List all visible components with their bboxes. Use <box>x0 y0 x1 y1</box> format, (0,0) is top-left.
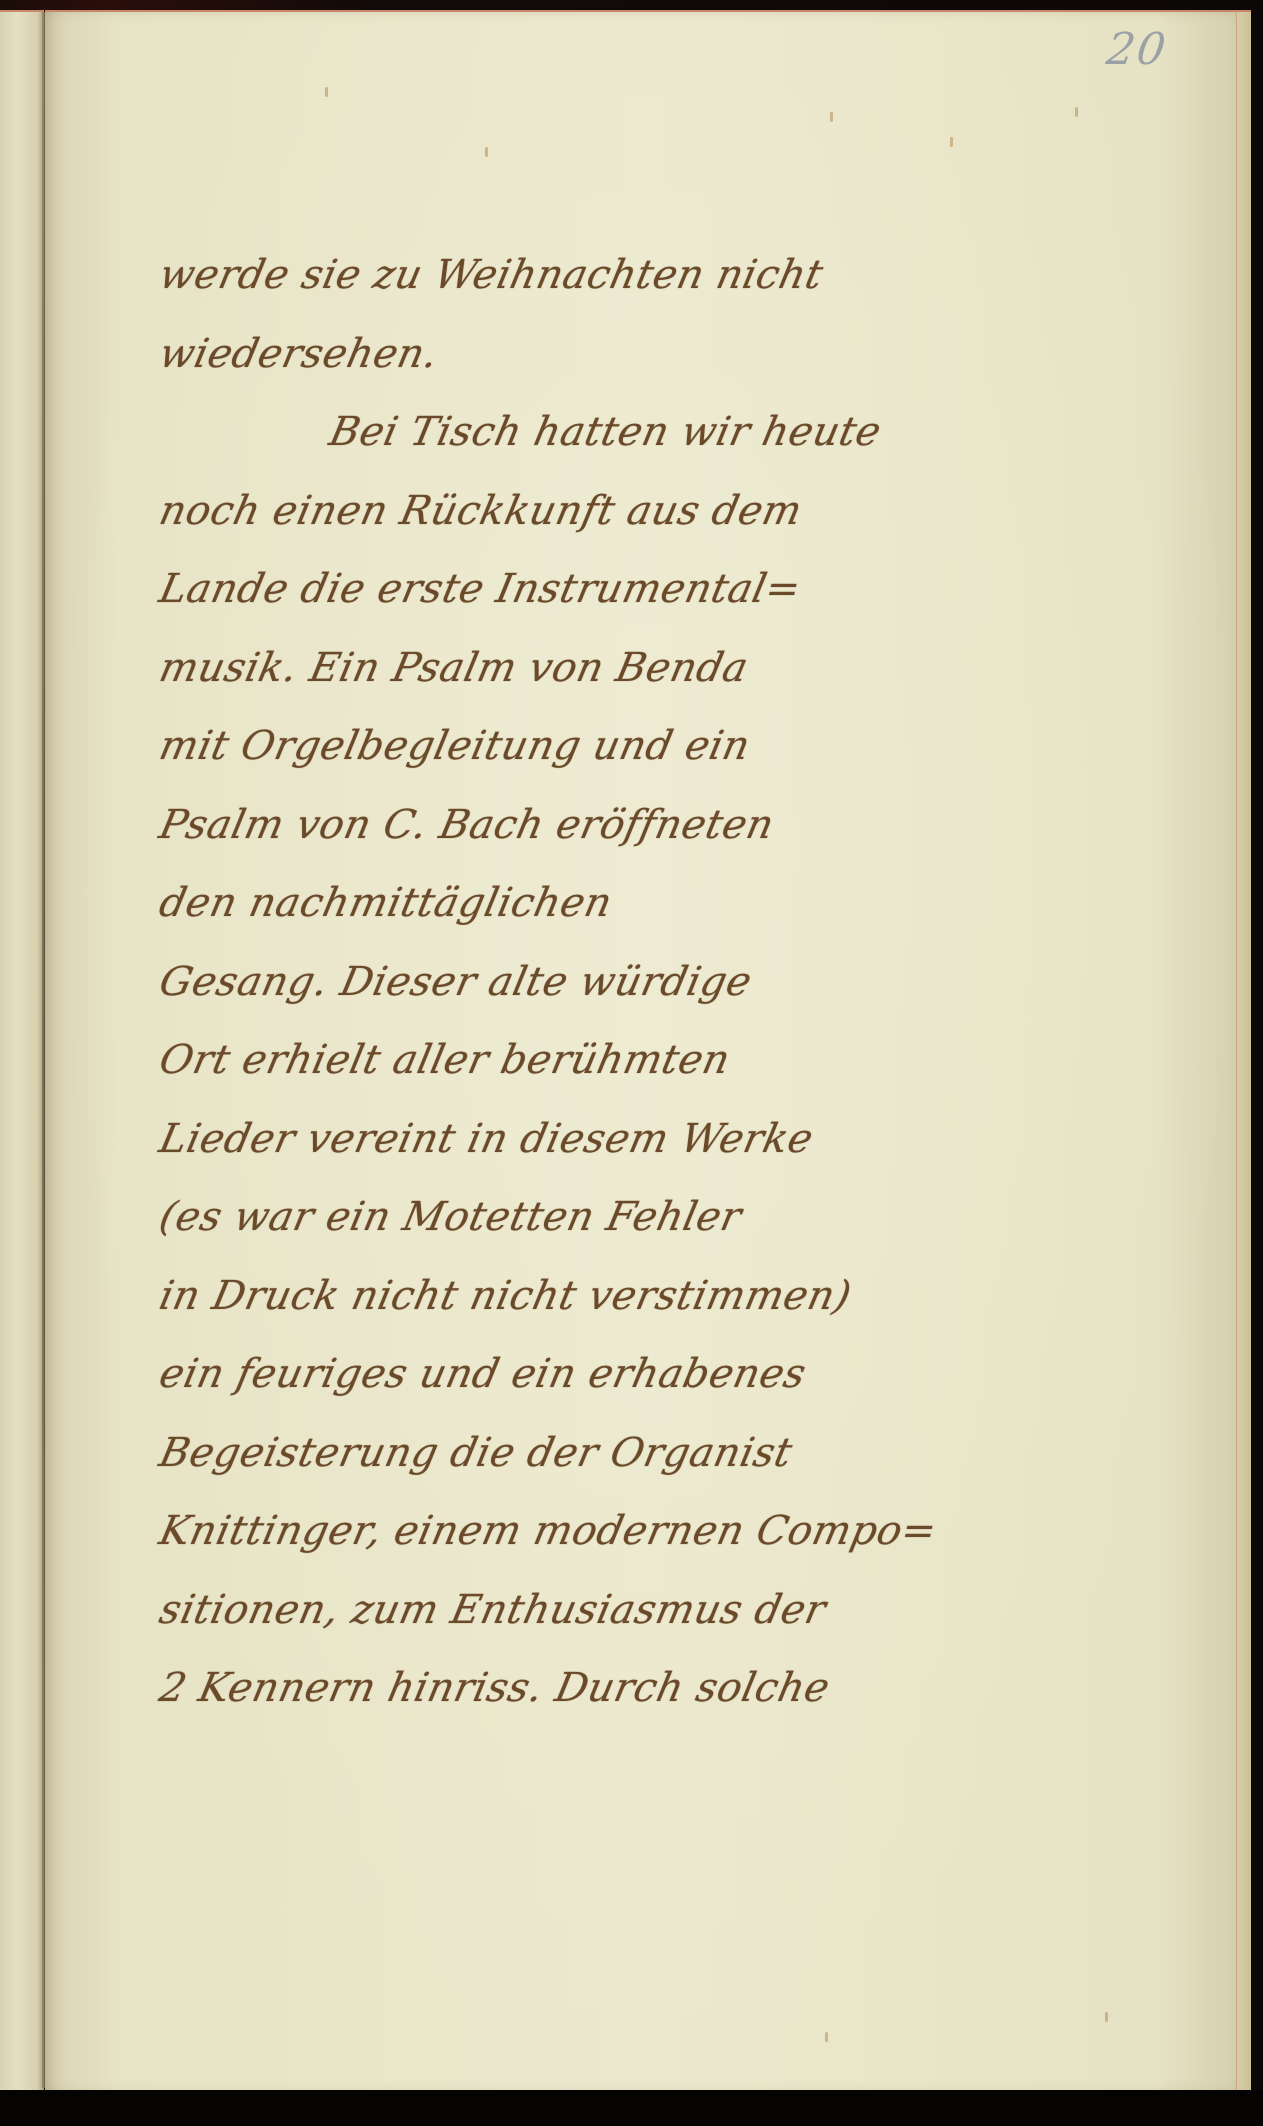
text-line: Begeisterung die der Organist <box>150 1423 1127 1502</box>
text-line: den nachmittäglichen <box>150 873 1127 952</box>
text-line: wiedersehen. <box>150 324 1127 403</box>
text-line: Lieder vereint in diesem Werke <box>150 1109 1127 1188</box>
paper-fleck <box>1075 107 1078 117</box>
text-line: Gesang. Dieser alte würdige <box>150 952 1127 1031</box>
text-line: Psalm von C. Bach eröffneten <box>150 795 1127 874</box>
handwritten-text-block: werde sie zu Weihnachten nicht wiederseh… <box>150 245 1110 1737</box>
text-line: mit Orgelbegleitung und ein <box>150 716 1127 795</box>
scanned-page-image: 20 werde sie zu Weihnachten nicht wieder… <box>0 0 1263 2126</box>
text-line: 2 Kennern hinriss. Durch solche <box>150 1658 1127 1737</box>
text-line: in Druck nicht nicht verstimmen) <box>150 1266 1127 1345</box>
paper-fleck <box>825 2032 828 2042</box>
scan-bottom-border <box>0 2090 1263 2126</box>
page-right-edge <box>1236 12 1251 2092</box>
text-line: sitionen, zum Enthusiasmus der <box>150 1580 1127 1659</box>
text-line: Ort erhielt aller berühmten <box>150 1030 1127 1109</box>
text-line-indented: Bei Tisch hatten wir heute <box>150 402 1127 481</box>
previous-page-edge <box>0 10 44 2092</box>
text-line: noch einen Rückkunft aus dem <box>150 481 1127 560</box>
paper-fleck <box>485 147 488 157</box>
paper-fleck <box>950 137 953 147</box>
paper-fleck <box>830 112 833 122</box>
page-number: 20 <box>1103 24 1170 75</box>
text-line: Knittinger, einem modernen Compo= <box>150 1501 1127 1580</box>
paper-fleck <box>1105 2012 1108 2022</box>
text-line: musik. Ein Psalm von Benda <box>150 638 1127 717</box>
text-line: werde sie zu Weihnachten nicht <box>150 245 1127 324</box>
text-line: (es war ein Motetten Fehler <box>150 1187 1127 1266</box>
text-line: Lande die erste Instrumental= <box>150 559 1127 638</box>
paper-fleck <box>325 87 328 97</box>
text-line: ein feuriges und ein erhabenes <box>150 1344 1127 1423</box>
